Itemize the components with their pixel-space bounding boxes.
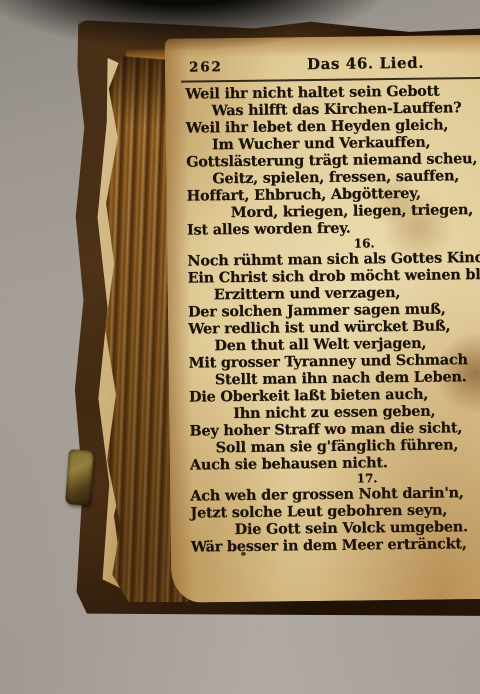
- verse-line: Geitz, spielen, fressen, sauffen,: [182, 167, 480, 188]
- verse-line: Wer redlich ist und würcket Buß,: [184, 317, 480, 338]
- top-shadow: [0, 0, 480, 78]
- verse-line: Ein Christ sich drob möcht weinen blind: [183, 266, 480, 287]
- page-text: 262 Das 46. Lied. Weil ihr nicht haltet …: [181, 51, 480, 556]
- verse-line: Wär besser in dem Meer ertränckt,: [187, 535, 480, 556]
- book-clasp: [65, 449, 94, 506]
- verse-line: Weil ihr lebet den Heyden gleich,: [182, 116, 480, 137]
- verse-text: Weil ihr nicht haltet sein GebottWas hil…: [181, 82, 480, 556]
- book-page: 262 Das 46. Lied. Weil ihr nicht haltet …: [165, 35, 480, 603]
- book-photo: 262 Das 46. Lied. Weil ihr nicht haltet …: [0, 0, 480, 694]
- verse-line: Stellt man ihn nach dem Leben.: [185, 368, 480, 389]
- verse-line: Soll man sie g'fänglich führen,: [186, 436, 480, 457]
